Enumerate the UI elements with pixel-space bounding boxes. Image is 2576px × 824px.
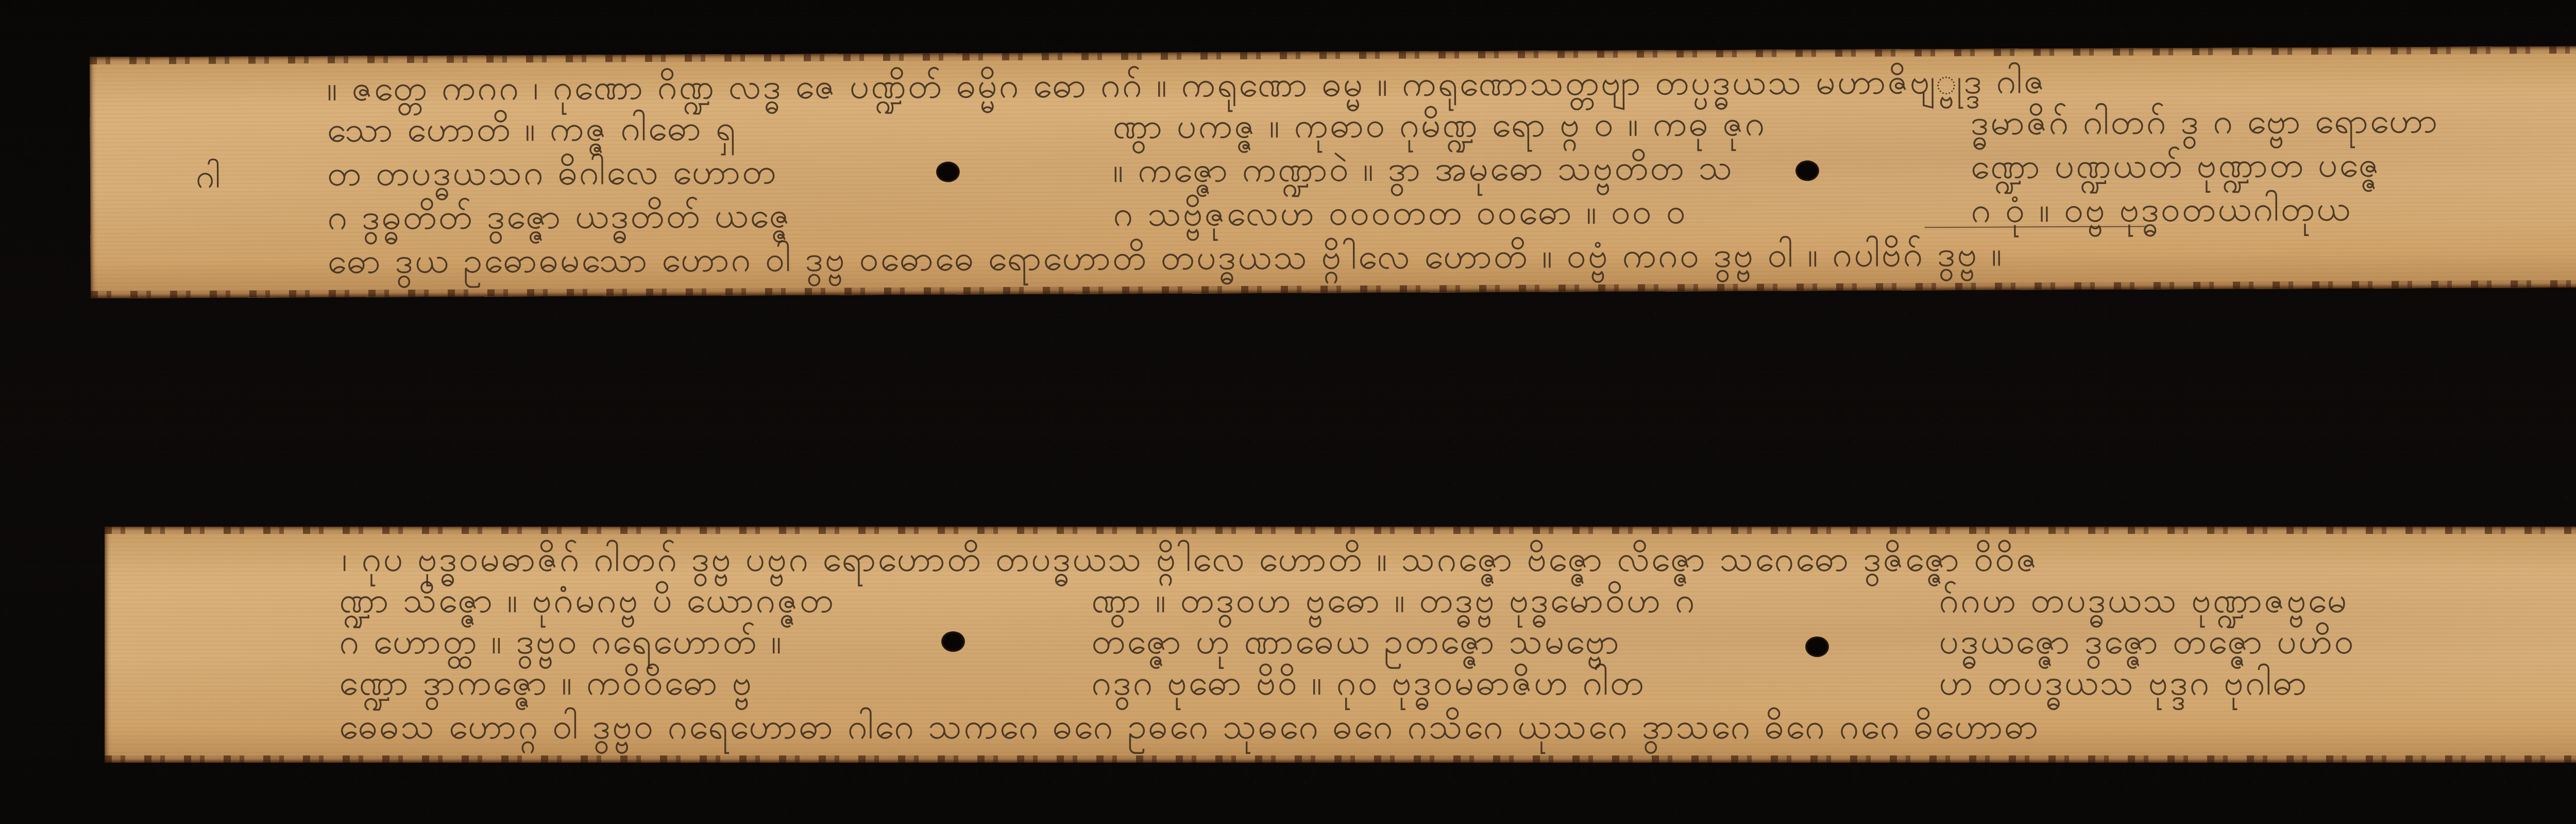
string-hole-right [1795, 160, 1819, 181]
text-line-3-middle: ။ ကဇ္ဇော ကဏ္ဍာဝဲ ။ ဒွာ အမုဓော သဗ္ဗတိတ သ [1113, 150, 1734, 188]
text-line-4-left: ဂ ဒွဓ္ဓတိတ် ဒွဇ္ဇော ယဒ္ဓတိတ် ယဇ္ဇေ [327, 198, 791, 236]
text-line-4-right: ဟ တပဒ္ဓယသ ဗုဒ္ဒဂ ဗုဂါဓာ [1939, 666, 2308, 701]
text-line-3-right: ပဒ္ဓယဇ္ဇော ဒွဇ္ဇော တဇ္ဇော ပဟိဝ [1939, 625, 2355, 660]
string-hole-right [1805, 636, 1829, 657]
string-hole-left [941, 631, 965, 652]
text-line-3-left: တ တပဒ္ဓယသဂ ဓိဂါလေ ဟောတ [327, 155, 778, 192]
burnt-edge-bottom [105, 755, 2576, 763]
text-line-3-left: ဂ ဟောတ္ထ ။ ဒွဗ္ဗဝ ဂရေဟောတ် ။ [339, 625, 783, 660]
text-line-4-right: ဂ ဝုံ ။ ဝဗ္ဗ ဗုဒ္ဓဝတယဂါတုယ [1971, 192, 2352, 228]
burnt-edge-top [105, 527, 2576, 534]
text-line-2-left: သော ဟောတိ ။ ကဇ္ဇ ဂါဓော ရှ [327, 111, 737, 147]
text-line-3-middle: တဇ္ဇော ဟု ဏာဓေယ ဥတဇ္ဇော သမဗ္ဗော [1091, 625, 1621, 660]
text-line-4-middle: ဂဒွဂ ဗုဓော ဗိဝိ ။ ဂုဝ ဗုဒ္ဓဝမဓာဇိဟ ဂါတ [1091, 666, 1646, 701]
text-line-4-middle: ဂ သဗ္ဗိဇုလေဟ ဝဝဝတတ ဝဝဓော ။ ဝဝ ဝ [1113, 194, 1687, 232]
text-line-5: ဓော ဒွယ ဥဓောဓမသော ဟောဂ ဝါ ဒွဗ္ဗ ဝဓောဓေ ရ… [328, 237, 2004, 279]
folio-number: ဂါ [196, 156, 221, 204]
palm-leaf-folio-2: ၊ ဂုပ ဗုဒ္ဓဝမဓာဇိဂ် ဂါတဂ် ဒွဗ္ဗ ပဗ္ဗဂ ရေ… [105, 527, 2576, 763]
text-line-1: ။ ဇတ္တေ ကဂဂ ၊ ဂုဏော ဂိဏ္ဍ လဒ္ဓ ဇေ ပဏ္ဍိတ… [327, 64, 2046, 107]
string-hole-left [936, 161, 960, 182]
text-line-1: ၊ ဂုပ ဗုဒ္ဓဝမဓာဇိဂ် ဂါတဂ် ဒွဗ္ဗ ပဗ္ဗဂ ရေ… [342, 542, 2039, 577]
text-line-4-left: ဏ္ဍော ဒွာကဇ္ဇော ။ ကဝိဝိဓော ဗ္ဗ [339, 666, 753, 701]
text-line-5: ဓေဓသ ဟောဂ္ဂ ဝါ ဒွဗ္ဗဝ ဂရေဟောဓာ ဂါဂေ သကဂေ… [339, 710, 2040, 745]
palm-leaf-folio-1: ဂါ ။ ဇတ္တေ ကဂဂ ၊ ဂုဏော ဂိဏ္ဍ လဒ္ဓ ဇေ ပဏ္… [90, 46, 2576, 298]
text-line-2-middle: ဏွာ ။ တဒွဝဟ ဗ္ဗဓော ။ တဒ္ဓဗ္ဗ ဗုဒ္ဓမောဝိဟ… [1091, 583, 1696, 618]
text-line-3-right: ဏ္ဍော ပဏ္ဍယတ် ဗုဏ္ဍာတ ပဇ္ဇေ [1971, 147, 2381, 184]
text-line-2-right: ဒ္ဓမာဇိဂ် ဂါတဂ် ဒွ ဂ ဗ္ဗော ရောဟော [1970, 104, 2439, 141]
text-line-2-left: ဏ္ဍာ သိဇ္ဇော ။ ဗုဂံမဂဗ္ဗ ပိ ယောဂဇ္ဇတ [339, 583, 835, 618]
text-line-2-middle: ဏွာ ပကဇ္ဇ ။ ကုဓာဝ ဂုမိဏ္ဍ ရော ဗ္ဂ ဝ ။ ကဓ… [1112, 107, 1766, 145]
text-line-2-right: ဂ်ဂဟ တပဒ္ဓယသ ဗုဏ္ဍာဇဗ္ဗမေ [1939, 583, 2348, 618]
